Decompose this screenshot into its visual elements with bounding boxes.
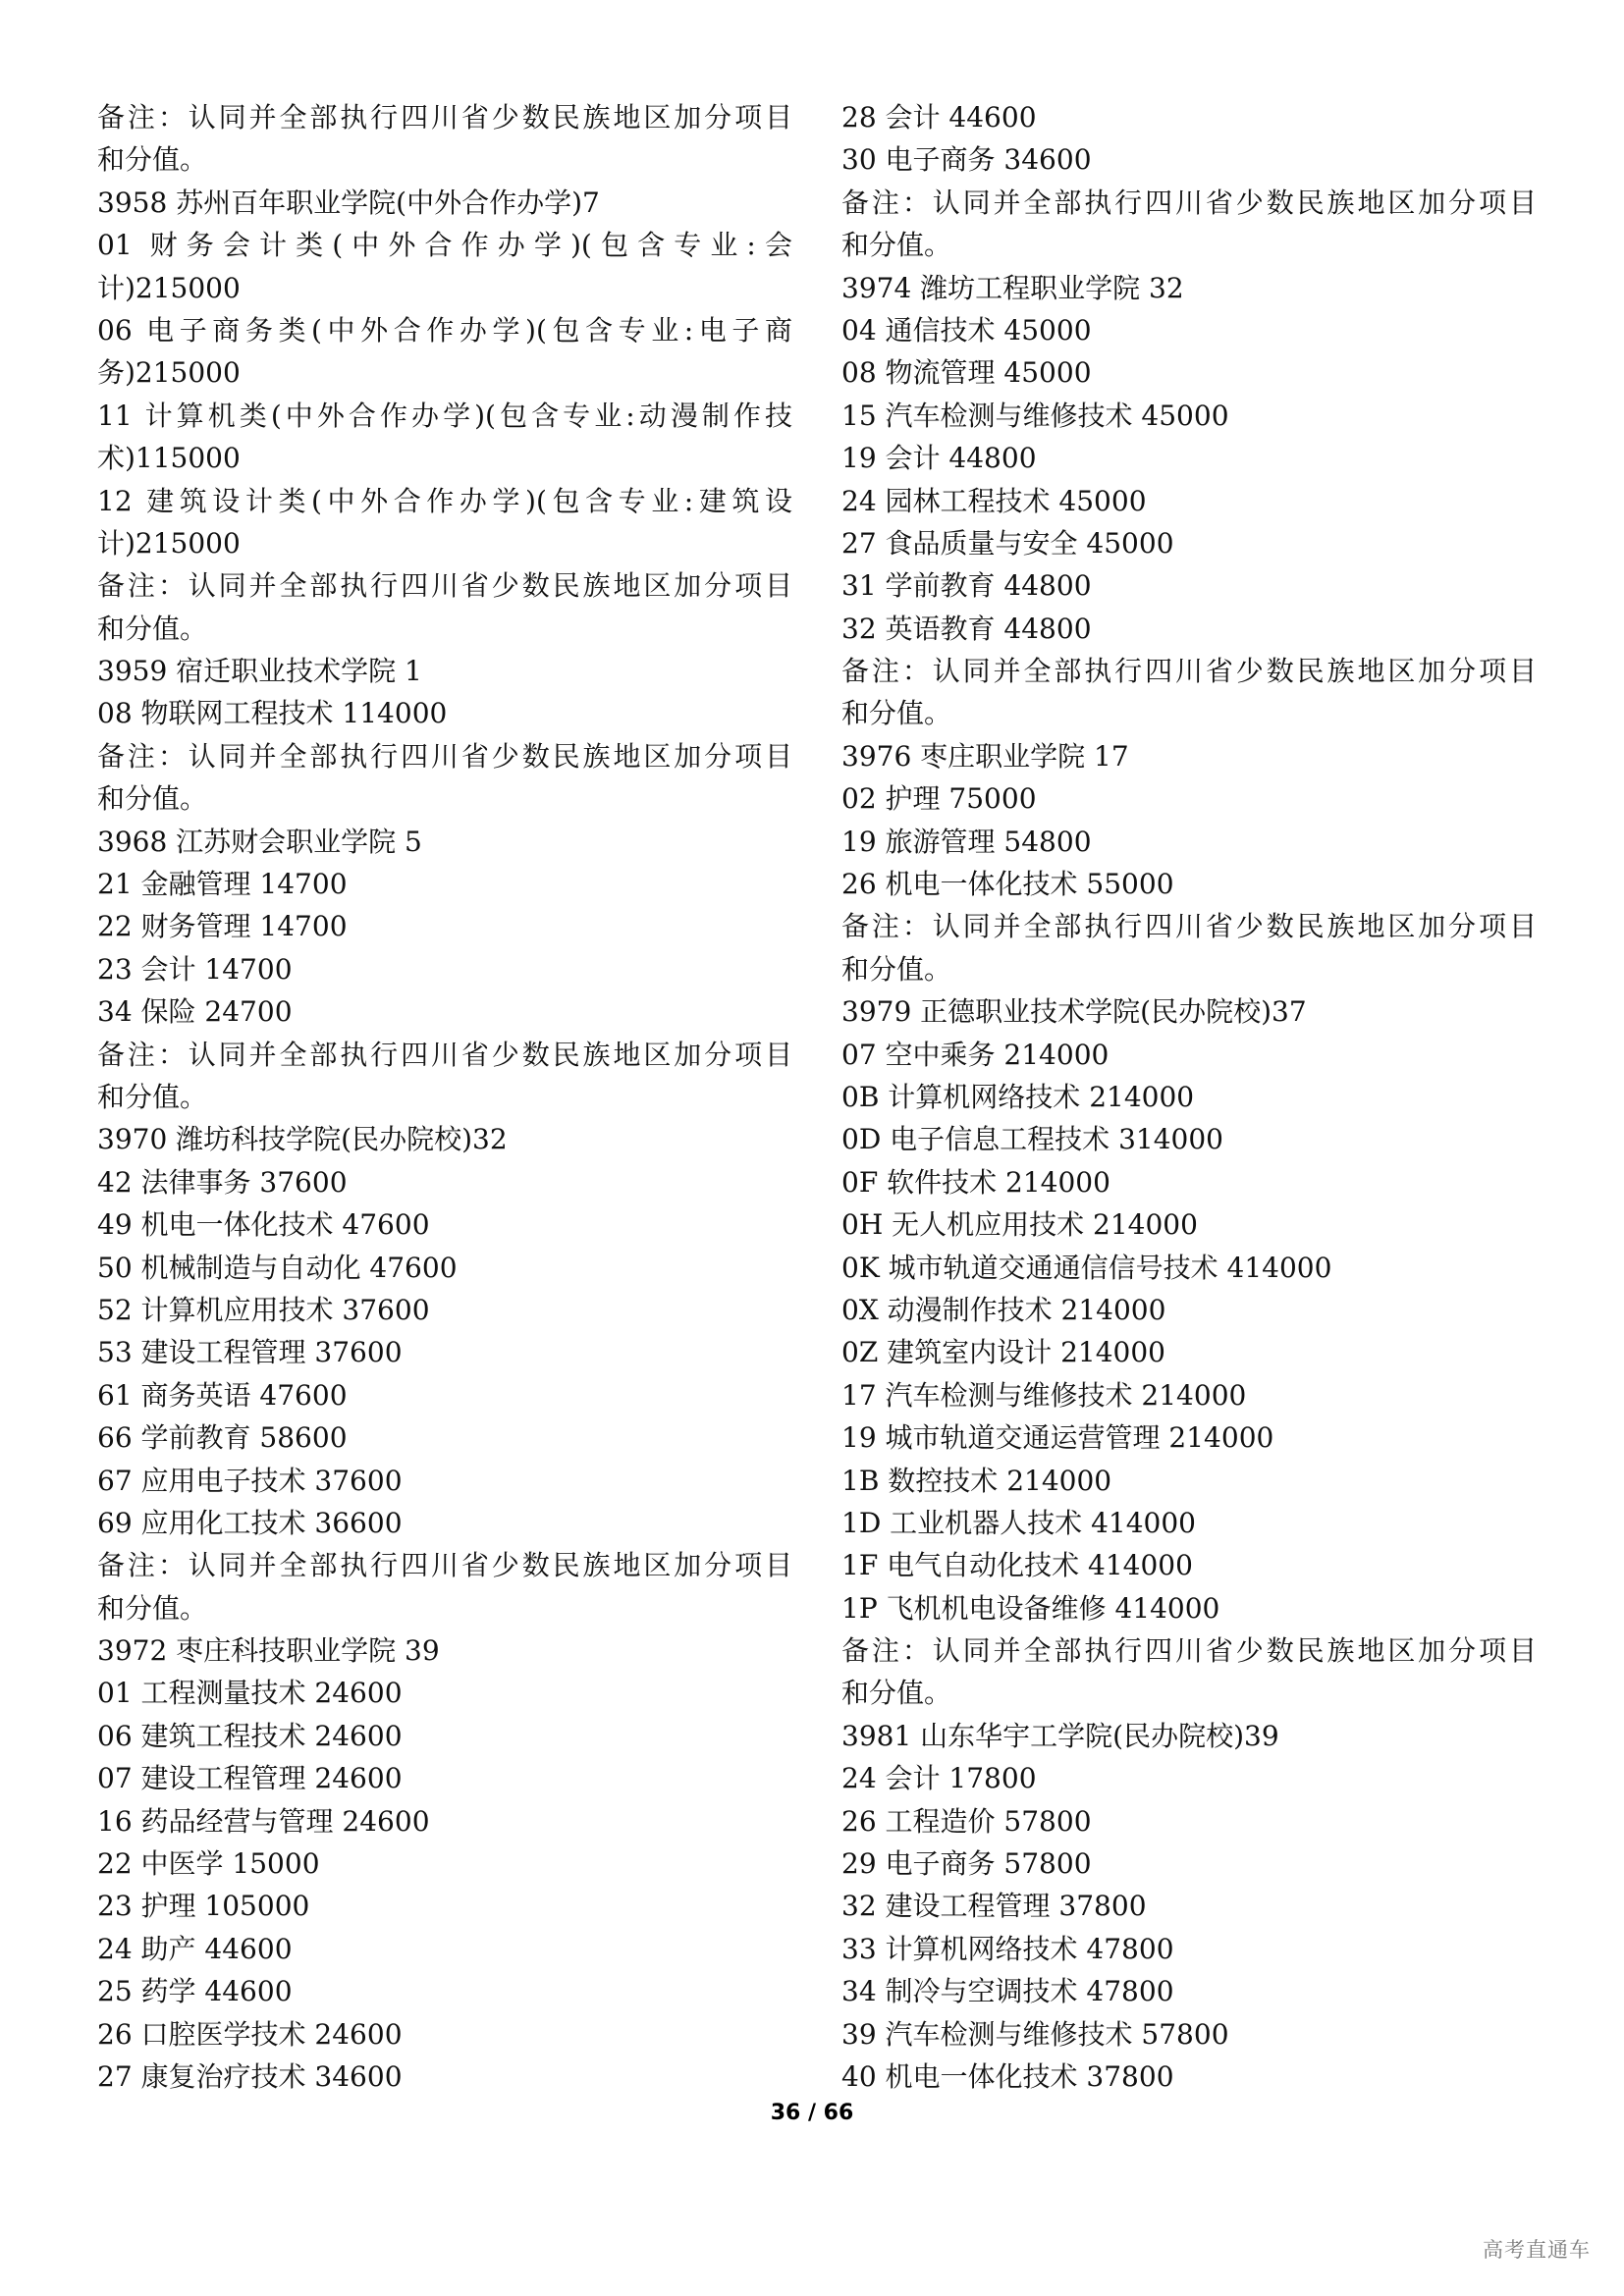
major-line: 42 法律事务 37600: [97, 1161, 792, 1203]
major-line: 24 助产 44600: [97, 1928, 792, 1970]
note-line: 和分值。: [841, 692, 1537, 734]
major-line: 26 工程造价 57800: [841, 1800, 1537, 1842]
major-line: 50 机械制造与自动化 47600: [97, 1247, 792, 1289]
major-line: 22 中医学 15000: [97, 1842, 792, 1885]
major-line: 11 计算机类(中外合作办学)(包含专业:动漫制作技: [97, 395, 792, 437]
major-line: 0H 无人机应用技术 214000: [841, 1203, 1537, 1246]
major-line: 26 口腔医学技术 24600: [97, 2013, 792, 2056]
school-heading-line: 3976 枣庄职业学院 17: [841, 735, 1537, 777]
major-line: 1D 工业机器人技术 414000: [841, 1502, 1537, 1544]
major-line: 49 机电一体化技术 47600: [97, 1203, 792, 1246]
note-line: 备注：认同并全部执行四川省少数民族地区加分项目: [97, 1544, 792, 1586]
major-line: 08 物流管理 45000: [841, 351, 1537, 394]
major-line: 33 计算机网络技术 47800: [841, 1928, 1537, 1970]
major-line: 23 护理 105000: [97, 1885, 792, 1927]
major-line: 27 食品质量与安全 45000: [841, 522, 1537, 564]
note-line: 和分值。: [841, 1672, 1537, 1714]
major-line: 07 建设工程管理 24600: [97, 1757, 792, 1799]
major-line: 31 学前教育 44800: [841, 564, 1537, 607]
major-line: 21 金融管理 14700: [97, 863, 792, 905]
major-line: 26 机电一体化技术 55000: [841, 863, 1537, 905]
major-line: 计)215000: [97, 522, 792, 564]
major-line: 17 汽车检测与维修技术 214000: [841, 1374, 1537, 1416]
major-line: 12 建筑设计类(中外合作办学)(包含专业:建筑设: [97, 480, 792, 522]
note-line: 和分值。: [841, 224, 1537, 266]
major-line: 0F 软件技术 214000: [841, 1161, 1537, 1203]
document-page: 备注：认同并全部执行四川省少数民族地区加分项目和分值。3958 苏州百年职业学院…: [0, 0, 1624, 2296]
major-line: 0X 动漫制作技术 214000: [841, 1289, 1537, 1331]
school-heading-line: 3970 潍坊科技学院(民办院校)32: [97, 1118, 792, 1160]
major-line: 08 物联网工程技术 114000: [97, 692, 792, 734]
right-column: 28 会计 4460030 电子商务 34600备注：认同并全部执行四川省少数民…: [841, 96, 1537, 2098]
major-line: 69 应用化工技术 36600: [97, 1502, 792, 1544]
major-line: 61 商务英语 47600: [97, 1374, 792, 1416]
major-line: 25 药学 44600: [97, 1970, 792, 2012]
page-number: 36 / 66: [0, 2101, 1624, 2125]
note-line: 和分值。: [97, 1076, 792, 1118]
major-line: 0K 城市轨道交通通信信号技术 414000: [841, 1247, 1537, 1289]
note-line: 和分值。: [841, 948, 1537, 990]
watermark-logo-text: 高考直通车: [1483, 2234, 1591, 2264]
note-line: 备注：认同并全部执行四川省少数民族地区加分项目: [841, 1629, 1537, 1672]
major-line: 1B 数控技术 214000: [841, 1460, 1537, 1502]
major-line: 术)115000: [97, 437, 792, 479]
major-line: 34 保险 24700: [97, 990, 792, 1033]
major-line: 27 康复治疗技术 34600: [97, 2056, 792, 2098]
major-line: 务)215000: [97, 351, 792, 394]
major-line: 39 汽车检测与维修技术 57800: [841, 2013, 1537, 2056]
major-line: 15 汽车检测与维修技术 45000: [841, 395, 1537, 437]
school-heading-line: 3981 山东华宇工学院(民办院校)39: [841, 1715, 1537, 1757]
major-line: 0D 电子信息工程技术 314000: [841, 1118, 1537, 1160]
major-line: 02 护理 75000: [841, 777, 1537, 820]
major-line: 22 财务管理 14700: [97, 905, 792, 947]
major-line: 04 通信技术 45000: [841, 309, 1537, 351]
note-line: 和分值。: [97, 138, 792, 181]
note-line: 备注：认同并全部执行四川省少数民族地区加分项目: [97, 564, 792, 607]
note-line: 备注：认同并全部执行四川省少数民族地区加分项目: [841, 650, 1537, 692]
major-line: 28 会计 44600: [841, 96, 1537, 138]
major-line: 计)215000: [97, 267, 792, 309]
major-line: 0B 计算机网络技术 214000: [841, 1076, 1537, 1118]
major-line: 06 电子商务类(中外合作办学)(包含专业:电子商: [97, 309, 792, 351]
major-line: 07 空中乘务 214000: [841, 1034, 1537, 1076]
major-line: 01 工程测量技术 24600: [97, 1672, 792, 1714]
major-line: 0Z 建筑室内设计 214000: [841, 1331, 1537, 1373]
major-line: 23 会计 14700: [97, 948, 792, 990]
note-line: 和分值。: [97, 1587, 792, 1629]
school-heading-line: 3979 正德职业技术学院(民办院校)37: [841, 990, 1537, 1033]
major-line: 16 药品经营与管理 24600: [97, 1800, 792, 1842]
major-line: 30 电子商务 34600: [841, 138, 1537, 181]
major-line: 53 建设工程管理 37600: [97, 1331, 792, 1373]
major-line: 1F 电气自动化技术 414000: [841, 1544, 1537, 1586]
note-line: 备注：认同并全部执行四川省少数民族地区加分项目: [97, 1034, 792, 1076]
major-line: 40 机电一体化技术 37800: [841, 2056, 1537, 2098]
major-line: 34 制冷与空调技术 47800: [841, 1970, 1537, 2012]
school-heading-line: 3968 江苏财会职业学院 5: [97, 821, 792, 863]
note-line: 备注：认同并全部执行四川省少数民族地区加分项目: [97, 735, 792, 777]
note-line: 备注：认同并全部执行四川省少数民族地区加分项目: [841, 905, 1537, 947]
note-line: 备注：认同并全部执行四川省少数民族地区加分项目: [841, 182, 1537, 224]
major-line: 06 建筑工程技术 24600: [97, 1715, 792, 1757]
school-heading-line: 3972 枣庄科技职业学院 39: [97, 1629, 792, 1672]
left-column: 备注：认同并全部执行四川省少数民族地区加分项目和分值。3958 苏州百年职业学院…: [97, 96, 792, 2098]
major-line: 52 计算机应用技术 37600: [97, 1289, 792, 1331]
major-line: 19 城市轨道交通运营管理 214000: [841, 1416, 1537, 1459]
note-line: 备注：认同并全部执行四川省少数民族地区加分项目: [97, 96, 792, 138]
note-line: 和分值。: [97, 777, 792, 820]
major-line: 01 财务会计类(中外合作办学)(包含专业:会: [97, 224, 792, 266]
major-line: 24 园林工程技术 45000: [841, 480, 1537, 522]
major-line: 19 旅游管理 54800: [841, 821, 1537, 863]
major-line: 66 学前教育 58600: [97, 1416, 792, 1459]
school-heading-line: 3974 潍坊工程职业学院 32: [841, 267, 1537, 309]
school-heading-line: 3959 宿迁职业技术学院 1: [97, 650, 792, 692]
major-line: 1P 飞机机电设备维修 414000: [841, 1587, 1537, 1629]
major-line: 67 应用电子技术 37600: [97, 1460, 792, 1502]
major-line: 32 英语教育 44800: [841, 608, 1537, 650]
note-line: 和分值。: [97, 608, 792, 650]
major-line: 32 建设工程管理 37800: [841, 1885, 1537, 1927]
major-line: 19 会计 44800: [841, 437, 1537, 479]
school-heading-line: 3958 苏州百年职业学院(中外合作办学)7: [97, 182, 792, 224]
major-line: 24 会计 17800: [841, 1757, 1537, 1799]
major-line: 29 电子商务 57800: [841, 1842, 1537, 1885]
